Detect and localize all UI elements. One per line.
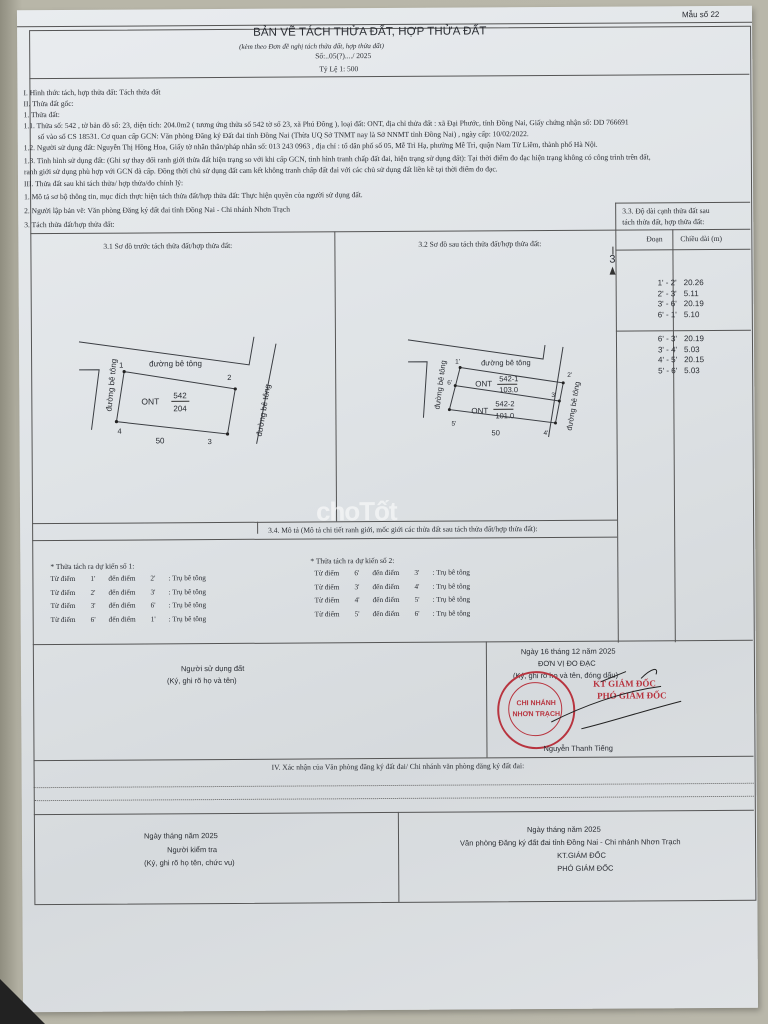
segment-name: 6' - 3'	[621, 334, 681, 345]
boundary-row: Từ điểm4'đến điểm5': Trụ bê tông	[315, 592, 493, 607]
land-type-label: ONT	[141, 396, 159, 406]
boundary-to-label: đến điểm	[373, 606, 415, 620]
boundary-from-label: Từ điểm	[51, 599, 91, 613]
segment-name: 3' - 6'	[621, 299, 681, 310]
segment-table-caption-2: tách thửa đất, hợp thửa đất:	[622, 217, 704, 228]
boundary-to: 6'	[415, 606, 433, 620]
land-user-note: (Ký, ghi rõ họ và tên)	[167, 676, 237, 687]
segment-length: 5.10	[681, 310, 700, 321]
boundary-from-label: Từ điểm	[314, 580, 354, 594]
boundary-to: 6'	[151, 598, 169, 612]
boundary-marker: : Trụ bê tông	[433, 592, 493, 606]
point-6p-label: 6'	[447, 380, 452, 387]
boundary-from-label: Từ điểm	[50, 572, 90, 586]
north-arrow-icon	[610, 267, 616, 275]
segment-name: 4' - 5'	[621, 355, 681, 366]
boundary-to: 2'	[150, 571, 168, 585]
boundary-marker: : Trụ bê tông	[433, 606, 493, 620]
boundary-to-label: đến điểm	[109, 598, 151, 612]
purpose-line: 1. Mô tả sơ bộ thông tin, mục đích thực …	[24, 190, 363, 203]
boundary-to: 3'	[150, 585, 168, 599]
boundary-from: 3'	[354, 580, 372, 594]
boundary-to: 1'	[151, 612, 169, 626]
boundary-marker: : Trụ bê tông	[169, 598, 229, 612]
survey-signer-name: Nguyễn Thanh Tiếng	[543, 744, 613, 755]
point-4p-label: 4'	[544, 430, 549, 437]
segment-group-2: 6' - 3'20.193' - 4'5.034' - 5'20.155' - …	[621, 334, 749, 377]
segment-table-caption-1: 3.3. Độ dài cạnh thửa đất sau	[622, 206, 709, 217]
confirmation-caption: IV. Xác nhận của Văn phòng đăng ký đất đ…	[272, 761, 525, 773]
after-road-top-label: đường bê tông	[481, 358, 531, 367]
segment-row: 3' - 6'20.19	[621, 299, 749, 310]
segment-length: 20.26	[681, 278, 704, 289]
boundary-from: 4'	[355, 593, 373, 607]
boundary-marker: : Trụ bê tông	[432, 565, 492, 579]
point-5p-label: 5'	[451, 421, 456, 428]
north-arrow-number: 3	[605, 255, 619, 266]
office-kt-director: KT.GIÁM ĐỐC	[557, 851, 606, 862]
after-diagram: đường bê tông đường bê tông đường bê tôn…	[393, 327, 594, 448]
point-1p-label: 1'	[455, 359, 460, 366]
boundary-marker: : Trụ bê tông	[169, 611, 229, 625]
boundary-row: Từ điểm3'đến điểm4': Trụ bê tông	[314, 579, 492, 594]
after-width-label: 50	[492, 428, 500, 437]
boundary-to-label: đến điểm	[373, 593, 415, 607]
signature-scribble	[541, 666, 691, 737]
boundary-from: 6'	[354, 566, 372, 580]
boundary-marker: : Trụ bê tông	[168, 584, 228, 598]
document-title: BẢN VẼ TÁCH THỬA ĐẤT, HỢP THỬA ĐẤT	[253, 25, 486, 38]
boundary-from: 1'	[90, 572, 108, 586]
table-shadow-corner	[0, 979, 45, 1024]
road-right-label: đường bê tông	[255, 383, 273, 437]
boundary-to-label: đến điểm	[108, 571, 150, 585]
width-label: 50	[156, 436, 166, 445]
segment-length: 5.03	[681, 366, 700, 377]
point-2-label: 2	[227, 373, 231, 382]
boundary-row: Từ điểm6'đến điểm3': Trụ bê tông	[314, 565, 492, 580]
segment-length: 5.03	[681, 345, 700, 356]
boundary-to-label: đến điểm	[372, 566, 414, 580]
segment-name: 6' - 1'	[621, 310, 681, 321]
boundary-row: Từ điểm1'đến điểm2': Trụ bê tông	[50, 571, 228, 586]
segment-col-header: Đoạn	[646, 234, 662, 245]
segment-length: 20.15	[681, 355, 704, 366]
parcel-1-type: ONT	[475, 379, 492, 388]
segment-length: 5.11	[681, 289, 699, 300]
boundary-marker: : Trụ bê tông	[168, 571, 228, 585]
parcel-1-number: 542-1	[499, 374, 518, 383]
boundary-from: 5'	[355, 607, 373, 621]
after-split-heading: III. Thửa đất sau khi tách thửa/ hợp thử…	[24, 178, 183, 189]
point-4-label: 4	[117, 427, 121, 436]
form-type-line: I. Hình thức tách, hợp thửa đất: Tách th…	[23, 87, 160, 98]
segment-group-1: 1' - 2'20.262' - 3'5.113' - 6'20.196' - …	[621, 278, 749, 321]
boundary-row: Từ điểm3'đến điểm6': Trụ bê tông	[51, 598, 229, 613]
road-left-label: đường bê tông	[104, 358, 118, 412]
segment-length: 20.19	[681, 299, 704, 310]
survey-date: Ngày 16 tháng 12 năm 2025	[521, 647, 616, 658]
segment-row: 6' - 1'5.10	[621, 309, 749, 320]
boundary-to-label: đến điểm	[109, 612, 151, 626]
segment-row: 6' - 3'20.19	[621, 334, 749, 345]
boundary-row: Từ điểm5'đến điểm6': Trụ bê tông	[315, 606, 493, 621]
segment-row: 1' - 2'20.26	[621, 278, 749, 289]
document-page: Mẫu số 22 BẢN VẼ TÁCH THỬA ĐẤT, HỢP THỬA…	[17, 6, 758, 1012]
segment-name: 1' - 2'	[621, 278, 681, 289]
drafter-line: 2. Người lập bản vẽ: Văn phòng Đăng ký đ…	[24, 205, 290, 217]
boundary-to: 5'	[415, 593, 433, 607]
point-3-label: 3	[208, 437, 212, 446]
segment-row: 4' - 5'20.15	[621, 355, 749, 366]
boundary-from-label: Từ điểm	[315, 593, 355, 607]
description-caption-divider	[257, 522, 258, 534]
boundary-row: Từ điểm6'đến điểm1': Trụ bê tông	[51, 611, 229, 626]
boundary-from: 2'	[90, 585, 108, 599]
office-name: Văn phòng Đăng ký đất đai tỉnh Đồng Nai …	[460, 837, 681, 849]
parcel-number-label: 542	[173, 391, 187, 400]
boundary-from-label: Từ điểm	[315, 607, 355, 621]
boundary-to: 4'	[414, 579, 432, 593]
point-2p-label: 2'	[567, 372, 572, 379]
segment-name: 2' - 3'	[621, 289, 681, 300]
point-3p-label: 3'	[551, 392, 556, 399]
boundary-from-label: Từ điểm	[50, 585, 90, 599]
parcel-heading: 1. Thửa đất:	[24, 110, 60, 121]
inspector-date: Ngày tháng năm 2025	[144, 831, 218, 842]
before-diagram: đường bê tông đường bê tông đường bê tôn…	[49, 309, 300, 461]
parcel-2-area: 101.0	[495, 411, 514, 420]
office-date: Ngày tháng năm 2025	[527, 825, 601, 836]
segment-row: 3' - 4'5.03	[621, 344, 749, 355]
original-parcel-heading: II. Thửa đất gốc:	[23, 99, 73, 110]
boundary-to-label: đến điểm	[108, 585, 150, 599]
parcel-2-number: 542-2	[495, 399, 514, 408]
point-1-label: 1	[119, 361, 123, 370]
after-road-right-label: đường bê tông	[565, 381, 582, 431]
boundary-from: 3'	[91, 599, 109, 613]
boundary-row: Từ điểm2'đến điểm3': Trụ bê tông	[50, 584, 228, 599]
segment-name: 3' - 4'	[621, 345, 681, 356]
after-road-left-label: đường bê tông	[432, 360, 448, 410]
inspector-note: (Ký, ghi rõ họ tên, chức vụ)	[144, 858, 235, 869]
boundary-from-label: Từ điểm	[314, 566, 354, 580]
office-deputy-director: PHÓ GIÁM ĐỐC	[557, 864, 613, 875]
boundary-from: 6'	[91, 612, 109, 626]
document-scale: Tỷ Lệ 1: 500	[319, 64, 358, 75]
watermark: choTốt	[316, 496, 397, 527]
before-diagram-caption: 3.1 Sơ đồ trước tách thửa đất/hợp thửa đ…	[103, 241, 232, 252]
inspector-title: Người kiểm tra	[167, 845, 217, 856]
land-user-title: Người sử dụng đất	[181, 664, 244, 675]
segment-row: 2' - 3'5.11	[621, 288, 749, 299]
after-diagram-caption: 3.2 Sơ đồ sau tách thửa đất/hợp thửa đất…	[418, 239, 541, 250]
road-top-label: đường bê tông	[149, 359, 202, 368]
parcel-1-area: 103.0	[499, 385, 518, 394]
parcel2-boundary-list: Từ điểm6'đến điểm3': Trụ bê tôngTừ điểm3…	[314, 565, 492, 620]
segment-name: 5' - 6'	[621, 366, 681, 377]
form-code: Mẫu số 22	[682, 10, 719, 21]
boundary-to-label: đến điểm	[372, 579, 414, 593]
length-col-header: Chiều dài (m)	[680, 234, 722, 245]
parcel-area-label: 204	[173, 404, 187, 413]
parcel1-boundary-list: Từ điểm1'đến điểm2': Trụ bê tôngTừ điểm2…	[50, 571, 228, 626]
document-number: Số:..05(?)..../ 2025	[315, 51, 371, 62]
north-arrow: 3	[605, 247, 619, 275]
boundary-from-label: Từ điểm	[51, 612, 91, 626]
split-heading: 3. Tách thửa đất/hợp thửa đất:	[24, 220, 114, 231]
description-caption: 3.4. Mô tả (Mô tả chi tiết ranh giới, mố…	[268, 524, 537, 536]
boundary-to: 3'	[414, 566, 432, 580]
segment-row: 5' - 6'5.03	[621, 365, 749, 376]
segment-length: 20.19	[681, 334, 704, 345]
parcel-2-type: ONT	[471, 406, 488, 415]
boundary-marker: : Trụ bê tông	[432, 579, 492, 593]
